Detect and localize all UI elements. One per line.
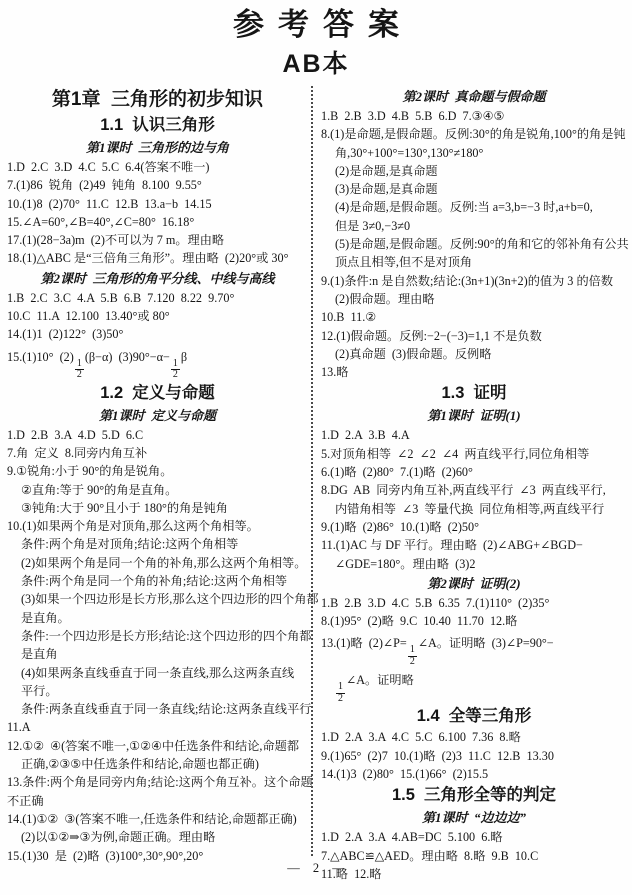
answer-line: 13.(1)略 (2)∠P=12∠A。证明略 (3)∠P=90°− [321,630,627,667]
answer-line: 14.(1)①② ③(答案不唯一,任选条件和结论,命题都正确) [7,810,308,828]
answer-line: 9.(1)略 (2)86° 10.(1)略 (2)50° [321,518,627,536]
answer-line: 10.B 11.② [321,308,627,326]
answer-line: (2)以①②⇒③为例,命题正确。理由略 [7,828,308,846]
answer-line: 9.①锐角:小于 90°的角是锐角。 [7,462,308,480]
answer-line: 11.(1)AC 与 DF 平行。理由略 (2)∠ABG+∠BGD− [321,536,627,554]
right-column: 第2课时 真命题与假命题1.B 2.B 3.D 4.B 5.B 6.D 7.③④… [321,86,627,883]
answer-line: 10.(1)如果两个角是对顶角,那么这两个角相等。 [7,517,308,535]
answer-line: 内错角相等 ∠3 等量代换 同位角相等,两直线平行 [321,500,627,518]
answer-line: 17.(1)(28−3a)m (2)不可以为 7 m。理由略 [7,231,308,249]
answer-line: 条件:两个角是同一个角的补角;结论:这两个角相等 [7,572,308,590]
answer-line: 条件:两个角是对顶角;结论:这两个角相等 [7,535,308,553]
answer-line: 18.(1)△ABC 是“三倍角三角形”。理由略 (2)20°或 30° [7,249,308,267]
chapter-heading: 第1章 三角形的初步知识 [7,86,308,113]
section-heading: 1.2 定义与命题 [7,381,308,405]
section-heading: 1.3 证明 [321,381,627,405]
answer-line: 15.(1)10° (2)12(β−α) (3)90°−α−12β [7,344,308,381]
answer-line: 9.(1)条件:n 是自然数;结论:(3n+1)(3n+2)的值为 3 的倍数 [321,272,627,290]
answer-line: ②直角:等于 90°的角是直角。 [7,481,308,499]
lesson-heading: 第1课时 定义与命题 [7,405,308,426]
answer-line: 是直角。 [7,609,308,627]
fraction: 12 [75,359,84,381]
fraction: 12 [408,645,417,667]
fraction: 12 [171,359,180,381]
answer-line: ∠GDE=180°。理由略 (3)2 [321,555,627,573]
answer-line: (2)真命题 (3)假命题。反例略 [321,345,627,363]
answer-line: 14.(1)3 (2)80° 15.(1)66° (2)15.5 [321,765,627,783]
answer-line: 条件:两条直线垂直于同一条直线;结论:这两条直线平行 [7,700,308,718]
answer-line: 1.B 2.B 3.D 4.B 5.B 6.D 7.③④⑤ [321,107,627,125]
lesson-heading: 第2课时 三角形的角平分线、中线与高线 [7,268,308,289]
answer-line: ③钝角:大于 90°且小于 180°的角是钝角 [7,499,308,517]
edition-title: AB本 [0,51,632,79]
answer-line: 角,30°+100°=130°,130°≠180° [321,144,627,162]
section-heading: 1.1 认识三角形 [7,113,308,137]
answer-line: (4)是命题,是假命题。反例:当 a=3,b=−3 时,a+b=0, [321,198,627,216]
answer-line: 10.(1)8 (2)70° 11.C 12.B 13.a−b 14.15 [7,195,308,213]
answer-line: (3)如果一个四边形是长方形,那么这个四边形的四个角都 [7,590,308,608]
answer-line: 9.(1)65° (2)7 10.(1)略 (2)3 11.C 12.B 13.… [321,747,627,765]
page-title: 参考答案 [0,9,632,40]
answer-line: 是直角 [7,645,308,663]
answer-line: 12.(1)假命题。反例:−2−(−3)=1,1 不是负数 [321,327,627,345]
answer-line: 13.条件:两个角是同旁内角;结论:这两个角互补。这个命题 [7,773,308,791]
answer-line: 12∠A。证明略 [321,667,627,704]
answer-line: 8.(1)95° (2)略 9.C 10.40 11.70 12.略 [321,612,627,630]
answer-line: 正确,②③⑤中任选条件和结论,命题也都正确) [7,755,308,773]
answer-line: 14.(1)1 (2)122° (3)50° [7,325,308,343]
answer-line: (3)是命题,是真命题 [321,180,627,198]
answer-line: 10.C 11.A 12.100 13.40°或 80° [7,307,308,325]
answer-line: 8.(1)是命题,是假命题。反例:30°的角是锐角,100°的角是钝 [321,125,627,143]
answer-line: 5.对顶角相等 ∠2 ∠2 ∠4 两直线平行,同位角相等 [321,445,627,463]
answer-line: (2)假命题。理由略 [321,290,627,308]
answer-line: 1.D 2.B 3.A 4.D 5.D 6.C [7,426,308,444]
answer-line: 1.B 2.B 3.D 4.C 5.B 6.35 7.(1)110° (2)35… [321,594,627,612]
answer-line: (2)如果两个角是同一个角的补角,那么这两个角相等。 [7,554,308,572]
lesson-heading: 第2课时 证明(2) [321,573,627,594]
answer-line: 11.A [7,718,308,736]
answer-line: 6.(1)略 (2)80° 7.(1)略 (2)60° [321,463,627,481]
answer-line: 8.DG AB 同旁内角互补,两直线平行 ∠3 两直线平行, [321,481,627,499]
answer-page: 参考答案 AB本 第1章 三角形的初步知识1.1 认识三角形第1课时 三角形的边… [0,0,632,895]
answer-line: (4)如果两条直线垂直于同一条直线,那么这两条直线 [7,664,308,682]
answer-line: 7.角 定义 8.同旁内角互补 [7,444,308,462]
answer-line: 12.①② ④(答案不唯一,①②④中任选条件和结论,命题都 [7,737,308,755]
column-divider [311,86,313,856]
answer-line: 15.∠A=60°,∠B=40°,∠C=80° 16.18° [7,213,308,231]
answer-line: (5)是命题,是假命题。反例:90°的角和它的邻补角有公共 [321,235,627,253]
lesson-heading: 第1课时 三角形的边与角 [7,137,308,158]
answer-line: 1.D 2.C 3.D 4.C 5.C 6.4(答案不唯一) [7,158,308,176]
section-heading: 1.4 全等三角形 [321,704,627,728]
answer-line: 7.(1)86 锐角 (2)49 钝角 8.100 9.55° [7,176,308,194]
answer-line: 但是 3≠0,−3≠0 [321,217,627,235]
left-column: 第1章 三角形的初步知识1.1 认识三角形第1课时 三角形的边与角1.D 2.C… [7,86,308,865]
answer-line: 13.略 [321,363,627,381]
section-heading: 1.5 三角形全等的判定 [321,783,627,807]
fraction: 12 [336,682,345,704]
answer-line: 不正确 [7,792,308,810]
answer-line: 1.D 2.A 3.B 4.A [321,426,627,444]
answer-line: 平行。 [7,682,308,700]
answer-line: 1.D 2.A 3.A 4.C 5.C 6.100 7.36 8.略 [321,728,627,746]
answer-line: 1.D 2.A 3.A 4.AB=DC 5.100 6.略 [321,828,627,846]
answer-line: 顶点且相等,但不是对顶角 [321,253,627,271]
lesson-heading: 第2课时 真命题与假命题 [321,86,627,107]
page-number: — 2 — [0,861,632,876]
answer-line: 条件:一个四边形是长方形;结论:这个四边形的四个角都 [7,627,308,645]
answer-line: 1.B 2.C 3.C 4.A 5.B 6.B 7.120 8.22 9.70° [7,289,308,307]
lesson-heading: 第1课时 证明(1) [321,405,627,426]
answer-line: (2)是命题,是真命题 [321,162,627,180]
lesson-heading: 第1课时 “边边边” [321,807,627,828]
